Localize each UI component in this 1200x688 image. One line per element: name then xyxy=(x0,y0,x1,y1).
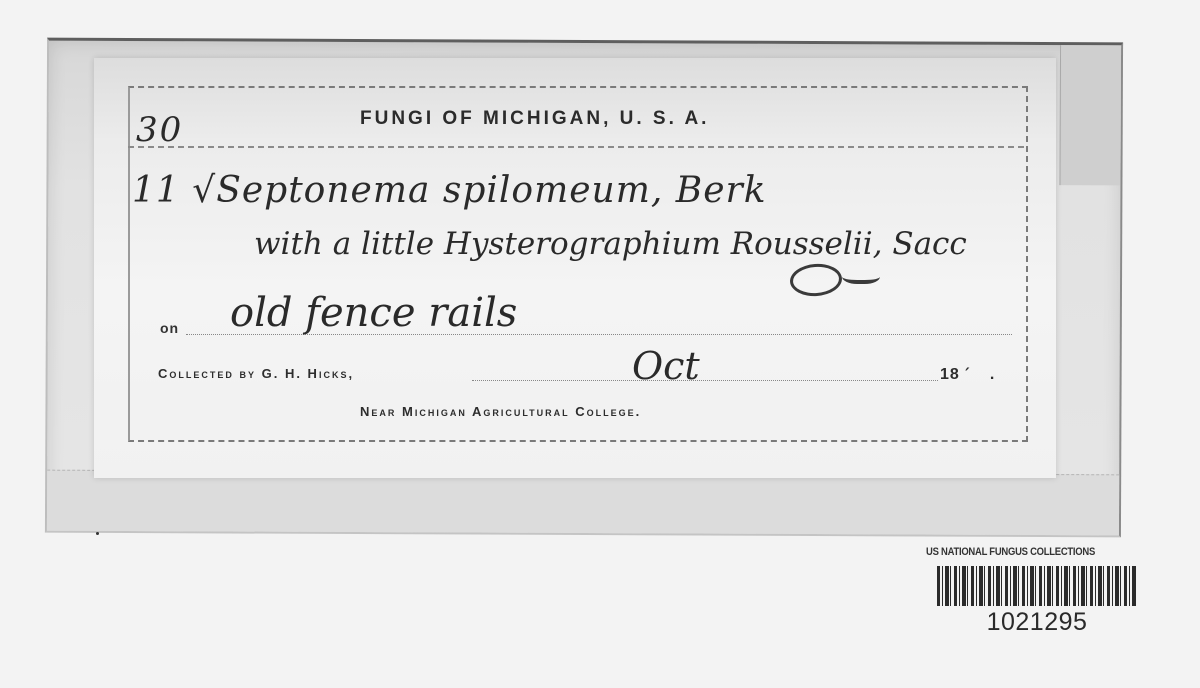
barcode-label: US NATIONAL FUNGUS COLLECTIONS 1021295 xyxy=(926,546,1148,637)
year-prefix: 18 xyxy=(940,366,960,383)
substrate-prefix: on xyxy=(160,320,179,336)
label-title: FUNGI OF MICHIGAN, U. S. A. xyxy=(360,108,709,130)
dust-speck xyxy=(96,532,99,535)
barcode-icon xyxy=(937,566,1137,606)
label-number: 30 xyxy=(136,110,183,150)
barcode-number: 1021295 xyxy=(926,608,1148,637)
specimen-label: 30 FUNGI OF MICHIGAN, U. S. A. 11 √Septo… xyxy=(94,58,1056,478)
packet-bottom-fold xyxy=(47,470,1119,536)
barcode-organization: US NATIONAL FUNGUS COLLECTIONS xyxy=(926,546,1117,558)
collector-label: Collected by G. H. Hicks, xyxy=(158,366,354,381)
ink-scribble-icon xyxy=(842,266,880,284)
year-field: 18 ′ . xyxy=(940,364,995,384)
associate-species: with a little Hysterographium Rousselii,… xyxy=(254,226,967,262)
substrate-text: old fence rails xyxy=(230,290,517,336)
date-rule xyxy=(472,380,938,381)
packet-flap xyxy=(1059,45,1121,185)
herbarium-sheet: 30 FUNGI OF MICHIGAN, U. S. A. 11 √Septo… xyxy=(0,0,1200,688)
collection-date: Oct xyxy=(632,344,700,388)
species-name: 11 √Septonema spilomeum, Berk xyxy=(132,170,767,211)
label-border xyxy=(128,86,1028,442)
locality-text: Near Michigan Agricultural College. xyxy=(360,404,641,419)
header-divider xyxy=(128,146,1024,148)
year-suffix: . xyxy=(990,366,995,383)
